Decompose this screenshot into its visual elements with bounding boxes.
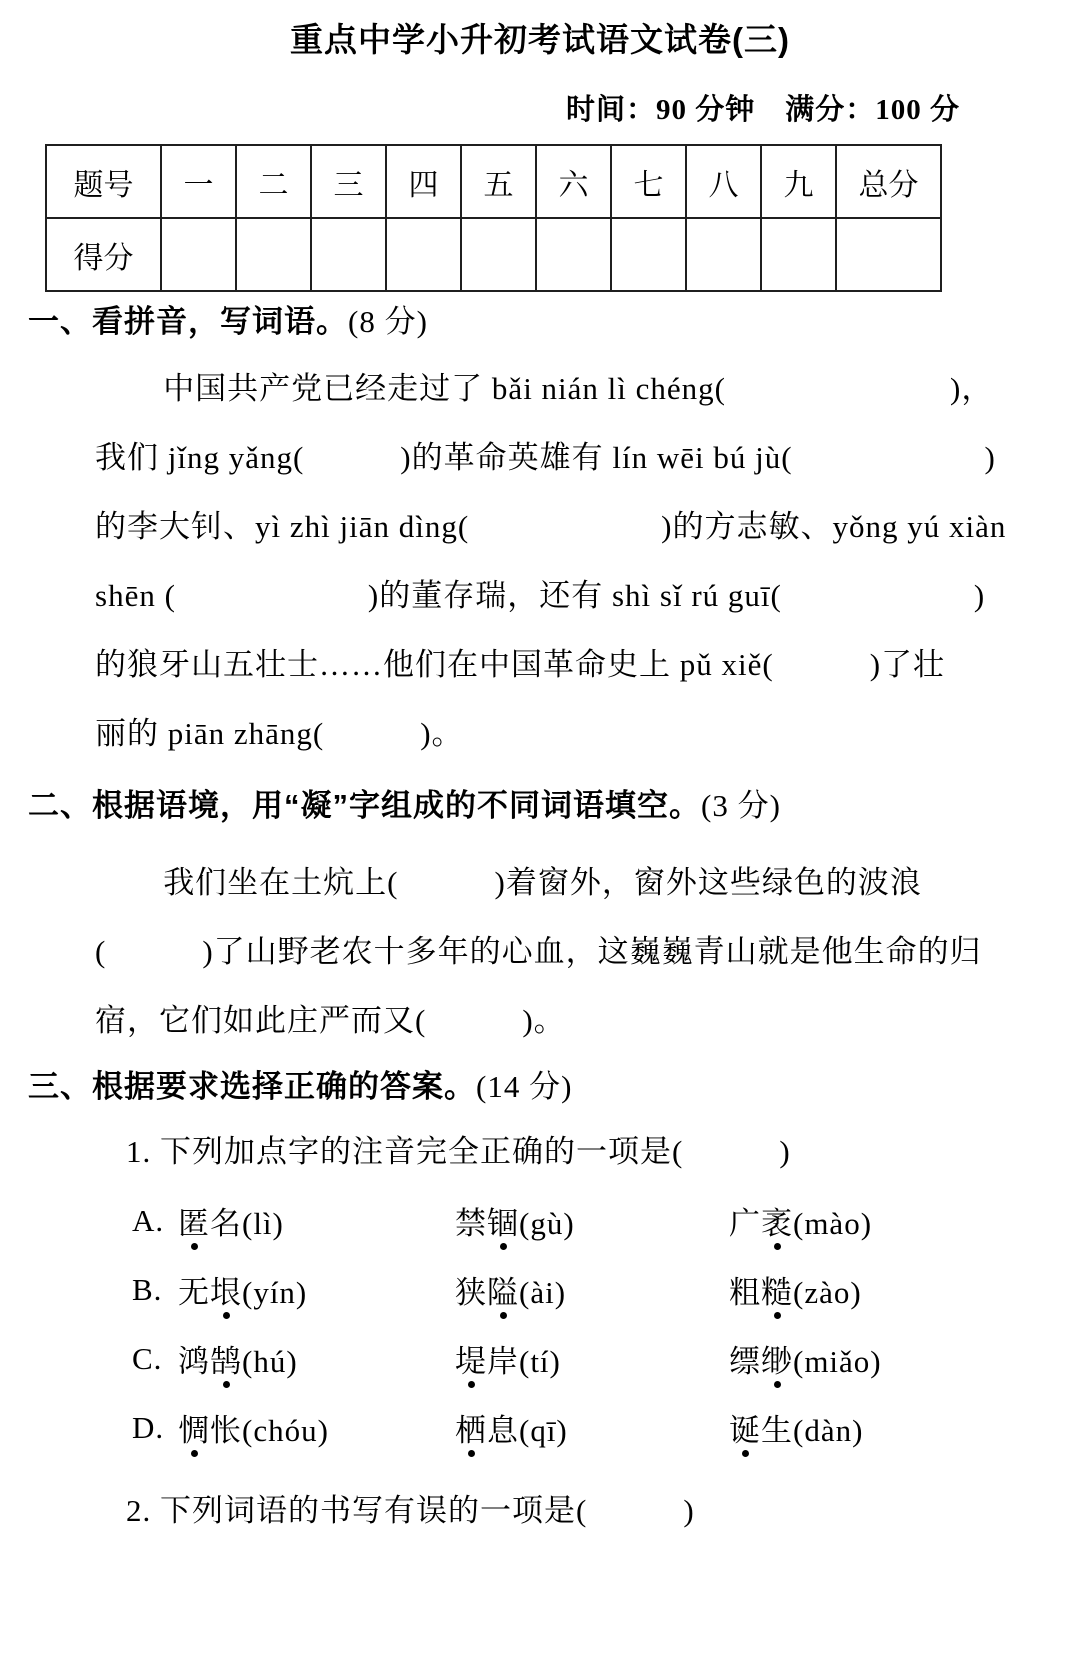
section-1-line: 的李大钊、yì zhì jiān dìng( )的方志敏、yǒng yú xià… [95,492,1060,561]
option-word: 狭隘(ài) [455,1267,729,1312]
section-2-line: 宿，它们如此庄严而又( )。 [95,986,1060,1055]
dotted-char: 惆 [178,1405,210,1450]
section-2-heading: 二、根据语境，用“凝”字组成的不同词语填空。(3 分) [28,784,1080,828]
section-2-line: ( )了山野老农十多年的心血，这巍巍青山就是他生命的归 [95,917,1060,986]
section-1-points: (8 分) [348,304,428,339]
section-1-line: 我们 jǐng yǎng( )的革命英雄有 lín wēi bú jù( ) [95,423,1060,492]
question-1-option-a: A. 匿名(lì) 禁锢(gù) 广袤(mào) [132,1186,1080,1255]
question-2-text: 2. 下列词语的书写有误的一项是( ) [126,1476,1080,1545]
section-1-line: 的狼牙山五壮士……他们在中国革命史上 pǔ xiě( )了壮 [95,630,1060,699]
section-3-heading-text: 三、根据要求选择正确的答案。 [28,1069,476,1104]
score-cell [311,218,386,291]
option-word: 惆怅(chóu) [178,1405,455,1450]
score-table-col-total: 总分 [836,145,941,218]
score-cell [386,218,461,291]
word-pre: 粗 [729,1275,761,1310]
score-cell [536,218,611,291]
question-1-text: 1. 下列加点字的注音完全正确的一项是( ) [126,1117,1080,1186]
word-post: (miǎo) [793,1344,882,1379]
section-1-body: 中国共产党已经走过了 bǎi nián lì chéng( )， 我们 jǐng… [0,354,1080,768]
score-table-col-6: 六 [536,145,611,218]
dotted-char: 诞 [729,1405,761,1450]
word-post: (zào) [793,1275,862,1310]
word-post: (yín) [242,1275,307,1310]
section-2-body: 我们坐在土炕上( )着窗外，窗外这些绿色的波浪 ( )了山野老农十多年的心血，这… [0,848,1080,1055]
option-word: 堤岸(tí) [455,1336,729,1381]
score-table-col-7: 七 [611,145,686,218]
option-label: C. [132,1341,178,1377]
dotted-char: 垠 [210,1267,242,1312]
score-cell [761,218,836,291]
option-word: 缥缈(miǎo) [729,1336,882,1381]
word-post: 名(lì) [210,1206,284,1241]
word-post: 怅(chóu) [210,1413,329,1448]
score-cell [236,218,311,291]
question-1-option-c: C. 鸿鹄(hú) 堤岸(tí) 缥缈(miǎo) [132,1324,1080,1393]
question-1-option-b: B. 无垠(yín) 狭隘(ài) 粗糙(zào) [132,1255,1080,1324]
word-pre: 无 [178,1275,210,1310]
score-cell [461,218,536,291]
exam-meta: 时间：90 分钟 满分：100 分 [566,87,960,128]
score-table-col-4: 四 [386,145,461,218]
score-cell [836,218,941,291]
score-cell [686,218,761,291]
dotted-char: 栖 [455,1405,487,1450]
word-pre: 禁 [455,1206,487,1241]
score-table-corner-label: 题号 [46,145,161,218]
score-table-col-1: 一 [161,145,236,218]
dotted-char: 堤 [455,1336,487,1381]
score-table: 题号 一 二 三 四 五 六 七 八 九 总分 得分 [45,144,942,292]
section-3-points: (14 分) [476,1069,572,1104]
word-post: (mào) [793,1206,872,1241]
word-post: 生(dàn) [761,1413,863,1448]
section-2-heading-text: 二、根据语境，用“凝”字组成的不同词语填空。 [28,788,701,823]
score-cell [611,218,686,291]
word-post: 息(qī) [487,1413,568,1448]
word-post: (ài) [519,1275,566,1310]
score-table-col-5: 五 [461,145,536,218]
option-word: 禁锢(gù) [455,1198,729,1243]
word-pre: 广 [729,1206,761,1241]
score-cell [161,218,236,291]
section-2-points: (3 分) [701,788,781,823]
option-word: 匿名(lì) [178,1198,455,1243]
section-1-line: 丽的 piān zhāng( )。 [95,699,1060,768]
option-word: 无垠(yín) [178,1267,455,1312]
dotted-char: 锢 [487,1198,519,1243]
dotted-char: 鹄 [210,1336,242,1381]
option-word: 诞生(dàn) [729,1405,863,1450]
score-table-col-3: 三 [311,145,386,218]
word-pre: 鸿 [178,1344,210,1379]
option-word: 广袤(mào) [729,1198,872,1243]
question-1-option-d: D. 惆怅(chóu) 栖息(qī) 诞生(dàn) [132,1393,1080,1462]
word-post: (gù) [519,1206,575,1241]
section-1-heading-text: 一、看拼音，写词语。 [28,304,348,339]
option-label: D. [132,1410,178,1446]
section-3-heading: 三、根据要求选择正确的答案。(14 分) [28,1065,1080,1109]
dotted-char: 隘 [487,1267,519,1312]
dotted-char: 袤 [761,1198,793,1243]
score-table-score-label: 得分 [46,218,161,291]
word-pre: 狭 [455,1275,487,1310]
score-table-col-9: 九 [761,145,836,218]
section-1-line: shēn ( )的董存瑞，还有 shì sǐ rú guī( ) [95,561,1060,630]
score-table-col-8: 八 [686,145,761,218]
word-post: 岸(tí) [487,1344,561,1379]
dotted-char: 匿 [178,1198,210,1243]
option-word: 栖息(qī) [455,1405,729,1450]
option-label: A. [132,1203,178,1239]
section-1-line: 中国共产党已经走过了 bǎi nián lì chéng( )， [95,354,1060,423]
score-table-header-row: 题号 一 二 三 四 五 六 七 八 九 总分 [46,145,941,218]
page-title: 重点中学小升初考试语文试卷(三) [0,14,1080,61]
dotted-char: 糙 [761,1267,793,1312]
section-1-heading: 一、看拼音，写词语。(8 分) [28,300,1080,344]
section-2-line: 我们坐在土炕上( )着窗外，窗外这些绿色的波浪 [95,848,1060,917]
dotted-char: 缈 [761,1336,793,1381]
score-table-score-row: 得分 [46,218,941,291]
score-table-col-2: 二 [236,145,311,218]
option-word: 粗糙(zào) [729,1267,862,1312]
word-pre: 缥 [729,1344,761,1379]
option-word: 鸿鹄(hú) [178,1336,455,1381]
option-label: B. [132,1272,178,1308]
word-post: (hú) [242,1344,298,1379]
